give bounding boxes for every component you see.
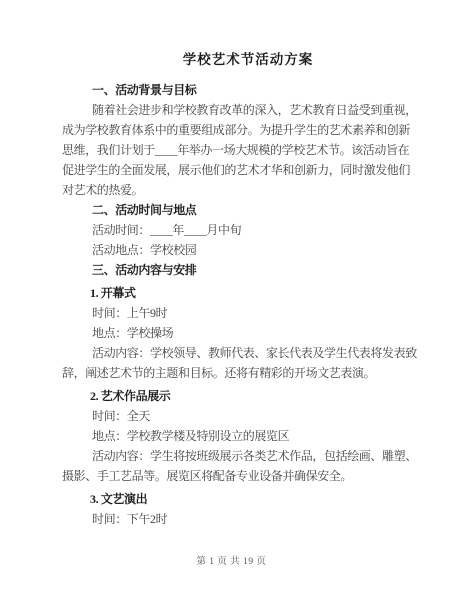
- paragraph-line: 时间：下午2时: [62, 509, 408, 529]
- paragraph-line: 对艺术的热爱。: [62, 180, 408, 200]
- document-body: 学校艺术节活动方案一、活动背景与目标随着社会进步和学校教育改革的深入，艺术教育日…: [62, 50, 408, 529]
- paragraph-line: 时间：全天: [62, 406, 408, 426]
- numbered-subheading: 2. 艺术作品展示: [62, 386, 408, 406]
- section-heading: 二、活动时间与地点: [62, 200, 408, 220]
- numbered-subheading: 3. 文艺演出: [62, 489, 408, 509]
- paragraph-line: 地点：学校教学楼及特别设立的展览区: [62, 426, 408, 446]
- document-title: 学校艺术节活动方案: [75, 50, 421, 70]
- paragraph-line: 活动内容：学校领导、教师代表、家长代表及学生代表将发表致: [62, 343, 408, 363]
- paragraph-line: 辞，阐述艺术节的主题和目标。还将有精彩的开场文艺表演。: [62, 363, 408, 383]
- paragraph-line: 成为学校教育体系中的重要组成部分。为提升学生的艺术素养和创新: [62, 120, 408, 140]
- paragraph-line: 活动地点：学校校园: [62, 240, 408, 260]
- paragraph-line: 促进学生的全面发展，展示他们的艺术才华和创新力，同时激发他们: [62, 160, 408, 180]
- paragraph-line: 地点：学校操场: [62, 323, 408, 343]
- section-heading: 一、活动背景与目标: [62, 80, 408, 100]
- paragraph-line: 随着社会进步和学校教育改革的深入，艺术教育日益受到重视，: [62, 100, 408, 120]
- paragraph-line: 活动时间：____年____月中旬: [62, 220, 408, 240]
- document-page: 学校艺术节活动方案一、活动背景与目标随着社会进步和学校教育改革的深入，艺术教育日…: [0, 0, 463, 600]
- section-heading: 三、活动内容与安排: [62, 260, 408, 280]
- paragraph-line: 活动内容：学生将按班级展示各类艺术作品，包括绘画、雕塑、: [62, 446, 408, 466]
- numbered-subheading: 1. 开幕式: [62, 283, 408, 303]
- page-footer: 第 1 页 共 19 页: [0, 556, 463, 568]
- paragraph-line: 摄影、手工艺品等。展览区将配备专业设备并确保安全。: [62, 466, 408, 486]
- paragraph-line: 思维，我们计划于____年举办一场大规模的学校艺术节。该活动旨在: [62, 140, 408, 160]
- paragraph-line: 时间：上午9时: [62, 303, 408, 323]
